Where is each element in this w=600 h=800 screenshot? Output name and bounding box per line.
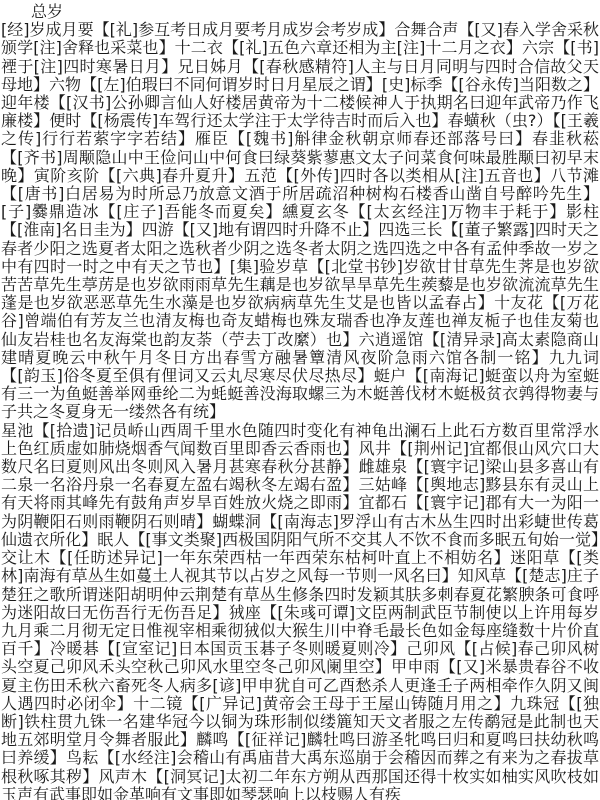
document-page: 总岁 [经]岁成月要【[礼]参互考日成月要考月成岁会考岁成】合舞合声【[又]春入…: [0, 0, 600, 800]
paragraph-jing-shi-zi-ji: [经]岁成月要【[礼]参互考日成月要考月成岁会考岁成】合舞合声【[又]春入学舍采…: [1, 21, 599, 421]
paragraph-xingchi-continuation: 星池【[拾遗]记员峤山西周千里水色随四时变化有神龟出澜石上此石方数百里常浮水上色…: [1, 422, 599, 800]
page-title: 总岁: [1, 3, 599, 21]
